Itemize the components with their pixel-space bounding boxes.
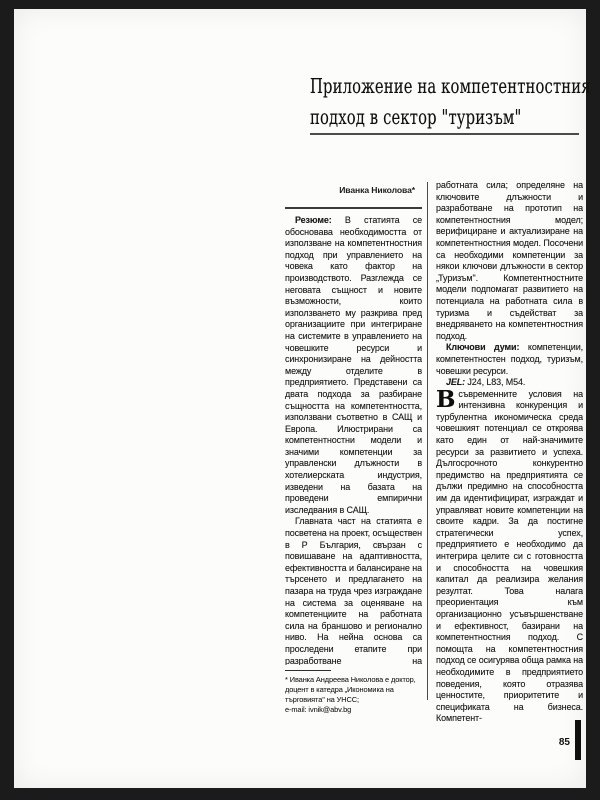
- keywords-paragraph: Ключови думи: компетенции, компетентност…: [436, 342, 583, 377]
- left-column: Резюме: В статията се обосновава необход…: [285, 215, 422, 665]
- footnote-text: * Иванка Андреева Николова е доктор, доц…: [285, 675, 422, 715]
- title-rule: [310, 133, 579, 135]
- footnote-rule: [285, 670, 331, 671]
- keywords-label: Ключови думи:: [446, 342, 519, 352]
- jel-line: JEL: J24, L83, M54.: [436, 377, 583, 389]
- drop-cap: В: [436, 390, 455, 410]
- abstract-paragraph-1: Резюме: В статията се обосновава необход…: [285, 215, 422, 516]
- page-number: 85: [542, 737, 570, 748]
- page-number-bar: [575, 720, 581, 760]
- page: Приложение на компетентностния подход в …: [14, 9, 586, 788]
- abstract-label: Резюме:: [295, 215, 332, 225]
- footnote: * Иванка Андреева Николова е доктор, доц…: [285, 670, 422, 715]
- right-column: работната сила; определяне на ключовите …: [436, 180, 583, 725]
- jel-label: JEL:: [446, 377, 465, 387]
- abstract-paragraph-2: Главната част на статията е посветена на…: [285, 516, 422, 665]
- abstract-text-1: В статията се обосновава необходимостта …: [285, 215, 422, 515]
- intro-text: съвременните условия на интензивна конку…: [436, 389, 583, 724]
- author-rule: [285, 207, 422, 209]
- jel-codes: J24, L83, M54.: [467, 377, 525, 387]
- scanned-page-frame: Приложение на компетентностния подход в …: [0, 0, 600, 800]
- abstract-continuation: работната сила; определяне на ключовите …: [436, 180, 583, 342]
- column-divider: [427, 182, 428, 700]
- intro-paragraph: Всъвременните условия на интензивна конк…: [436, 389, 583, 725]
- article-title: Приложение на компетентностния подход в …: [310, 71, 600, 133]
- author-name: Иванка Николова*: [285, 185, 415, 195]
